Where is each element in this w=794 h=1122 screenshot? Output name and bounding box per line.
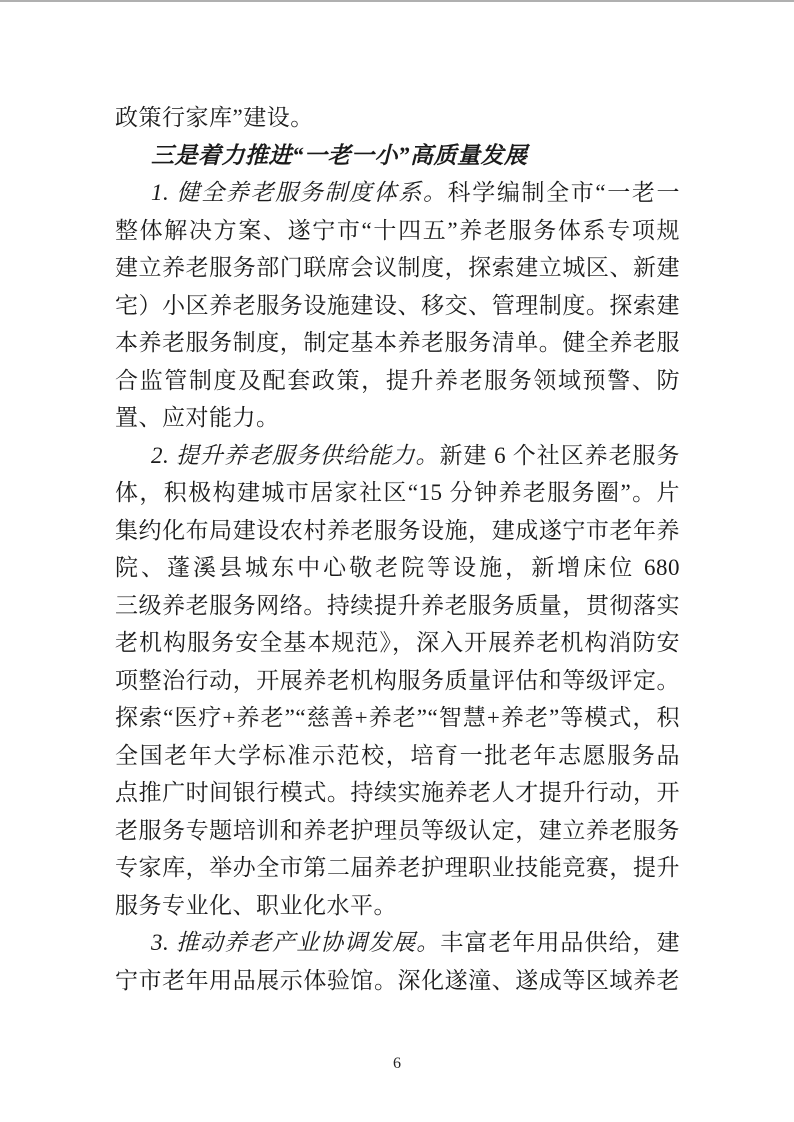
line-text: 全国老年大学标准示范校，培育一批老年志愿服务品牌，试 <box>115 743 680 775</box>
text-line: 集约化布局建设农村养老服务设施，建成遂宁市老年养护 <box>115 512 680 550</box>
line-text: 项整治行动，开展养老机构服务质量评估和等级评定。持续 <box>115 668 680 700</box>
line-text: 院、蓬溪县城东中心敬老院等设施，新增床位 680 张，构建 <box>115 555 680 587</box>
line-emphasis: 2. 提升养老服务供给能力。 <box>151 443 439 468</box>
document-body: 政策行家库”建设。 三是着力推进“一老一小”高质量发展 1. 健全养老服务制度体… <box>115 99 680 999</box>
text-line: 合监管制度及配套政策，提升养老服务领域预警、防控、处 <box>115 362 680 400</box>
line-text: 合监管制度及配套政策，提升养老服务领域预警、防控、处 <box>115 368 680 400</box>
text-line: 老服务专题培训和养老护理员等级认定，建立养老服务人才 <box>115 812 680 850</box>
line-text: 三级养老服务网络。持续提升养老服务质量，贯彻落实《养 <box>115 593 680 625</box>
text-line: 宅）小区养老服务设施建设、移交、管理制度。探索建立基 <box>115 287 680 325</box>
line-text: 服务专业化、职业化水平。 <box>115 893 397 918</box>
line-text: 集约化布局建设农村养老服务设施，建成遂宁市老年养护 <box>115 518 680 550</box>
line-text: 建立养老服务部门联席会议制度，探索建立城区、新建（住 <box>115 255 680 287</box>
line-text: 探索“医疗+养老”“慈善+养老”“智慧+养老”等模式，积极争创 <box>115 705 680 737</box>
text-line: 点推广时间银行模式。持续实施养老人才提升行动，开展养 <box>115 774 680 812</box>
text-line: 1. 健全养老服务制度体系。科学编制全市“一老一小” <box>115 174 680 212</box>
text-line: 院、蓬溪县城东中心敬老院等设施，新增床位 680 张，构建 <box>115 549 680 587</box>
text-line: 体，积极构建城市居家社区“15 分钟养老服务圈”。片区化、 <box>115 474 680 512</box>
text-line: 全国老年大学标准示范校，培育一批老年志愿服务品牌，试 <box>115 737 680 775</box>
document-page: 政策行家库”建设。 三是着力推进“一老一小”高质量发展 1. 健全养老服务制度体… <box>0 0 794 1122</box>
section-heading: 三是着力推进“一老一小”高质量发展 <box>115 137 680 175</box>
text-line: 2. 提升养老服务供给能力。新建 6 个社区养老服务综合 <box>115 437 680 475</box>
heading-text: 三是着力推进“一老一小”高质量发展 <box>151 143 528 168</box>
text-line: 政策行家库”建设。 <box>115 99 680 137</box>
line-text: 本养老服务制度，制定基本养老服务清单。健全养老服务综 <box>115 330 680 362</box>
page-number: 6 <box>0 1055 794 1073</box>
text-line: 项整治行动，开展养老机构服务质量评估和等级评定。持续 <box>115 662 680 700</box>
text-line: 置、应对能力。 <box>115 399 680 437</box>
line-text: 政策行家库”建设。 <box>115 105 314 130</box>
line-text: 整体解决方案、遂宁市“十四五”养老服务体系专项规划。 <box>115 218 680 250</box>
text-line: 宁市老年用品展示体验馆。深化遂潼、遂成等区域养老服务 <box>115 962 680 1000</box>
text-line: 3. 推动养老产业协调发展。丰富老年用品供给，建设遂 <box>115 924 680 962</box>
text-line: 服务专业化、职业化水平。 <box>115 887 680 925</box>
line-text: 体，积极构建城市居家社区“15 分钟养老服务圈”。片区化、 <box>115 480 680 512</box>
line-text: 宅）小区养老服务设施建设、移交、管理制度。探索建立基 <box>115 293 680 325</box>
line-text: 宁市老年用品展示体验馆。深化遂潼、遂成等区域养老服务 <box>115 968 680 1000</box>
text-line: 老机构服务安全基本规范》，深入开展养老机构消防安全专 <box>115 624 680 662</box>
line-text: 专家库，举办全市第二届养老护理职业技能竞赛，提升养老 <box>115 855 680 887</box>
text-line: 三级养老服务网络。持续提升养老服务质量，贯彻落实《养 <box>115 587 680 625</box>
text-line: 探索“医疗+养老”“慈善+养老”“智慧+养老”等模式，积极争创 <box>115 699 680 737</box>
line-text: 置、应对能力。 <box>115 405 280 430</box>
line-text: 点推广时间银行模式。持续实施养老人才提升行动，开展养 <box>115 780 680 812</box>
text-line: 建立养老服务部门联席会议制度，探索建立城区、新建（住 <box>115 249 680 287</box>
line-emphasis: 1. 健全养老服务制度体系。 <box>151 180 448 205</box>
line-text: 老机构服务安全基本规范》，深入开展养老机构消防安全专 <box>115 630 680 662</box>
line-emphasis: 3. 推动养老产业协调发展。 <box>151 930 440 955</box>
line-text: 老服务专题培训和养老护理员等级认定，建立养老服务人才 <box>115 818 680 850</box>
text-line: 专家库，举办全市第二届养老护理职业技能竞赛，提升养老 <box>115 849 680 887</box>
text-line: 本养老服务制度，制定基本养老服务清单。健全养老服务综 <box>115 324 680 362</box>
text-line: 整体解决方案、遂宁市“十四五”养老服务体系专项规划。 <box>115 212 680 250</box>
